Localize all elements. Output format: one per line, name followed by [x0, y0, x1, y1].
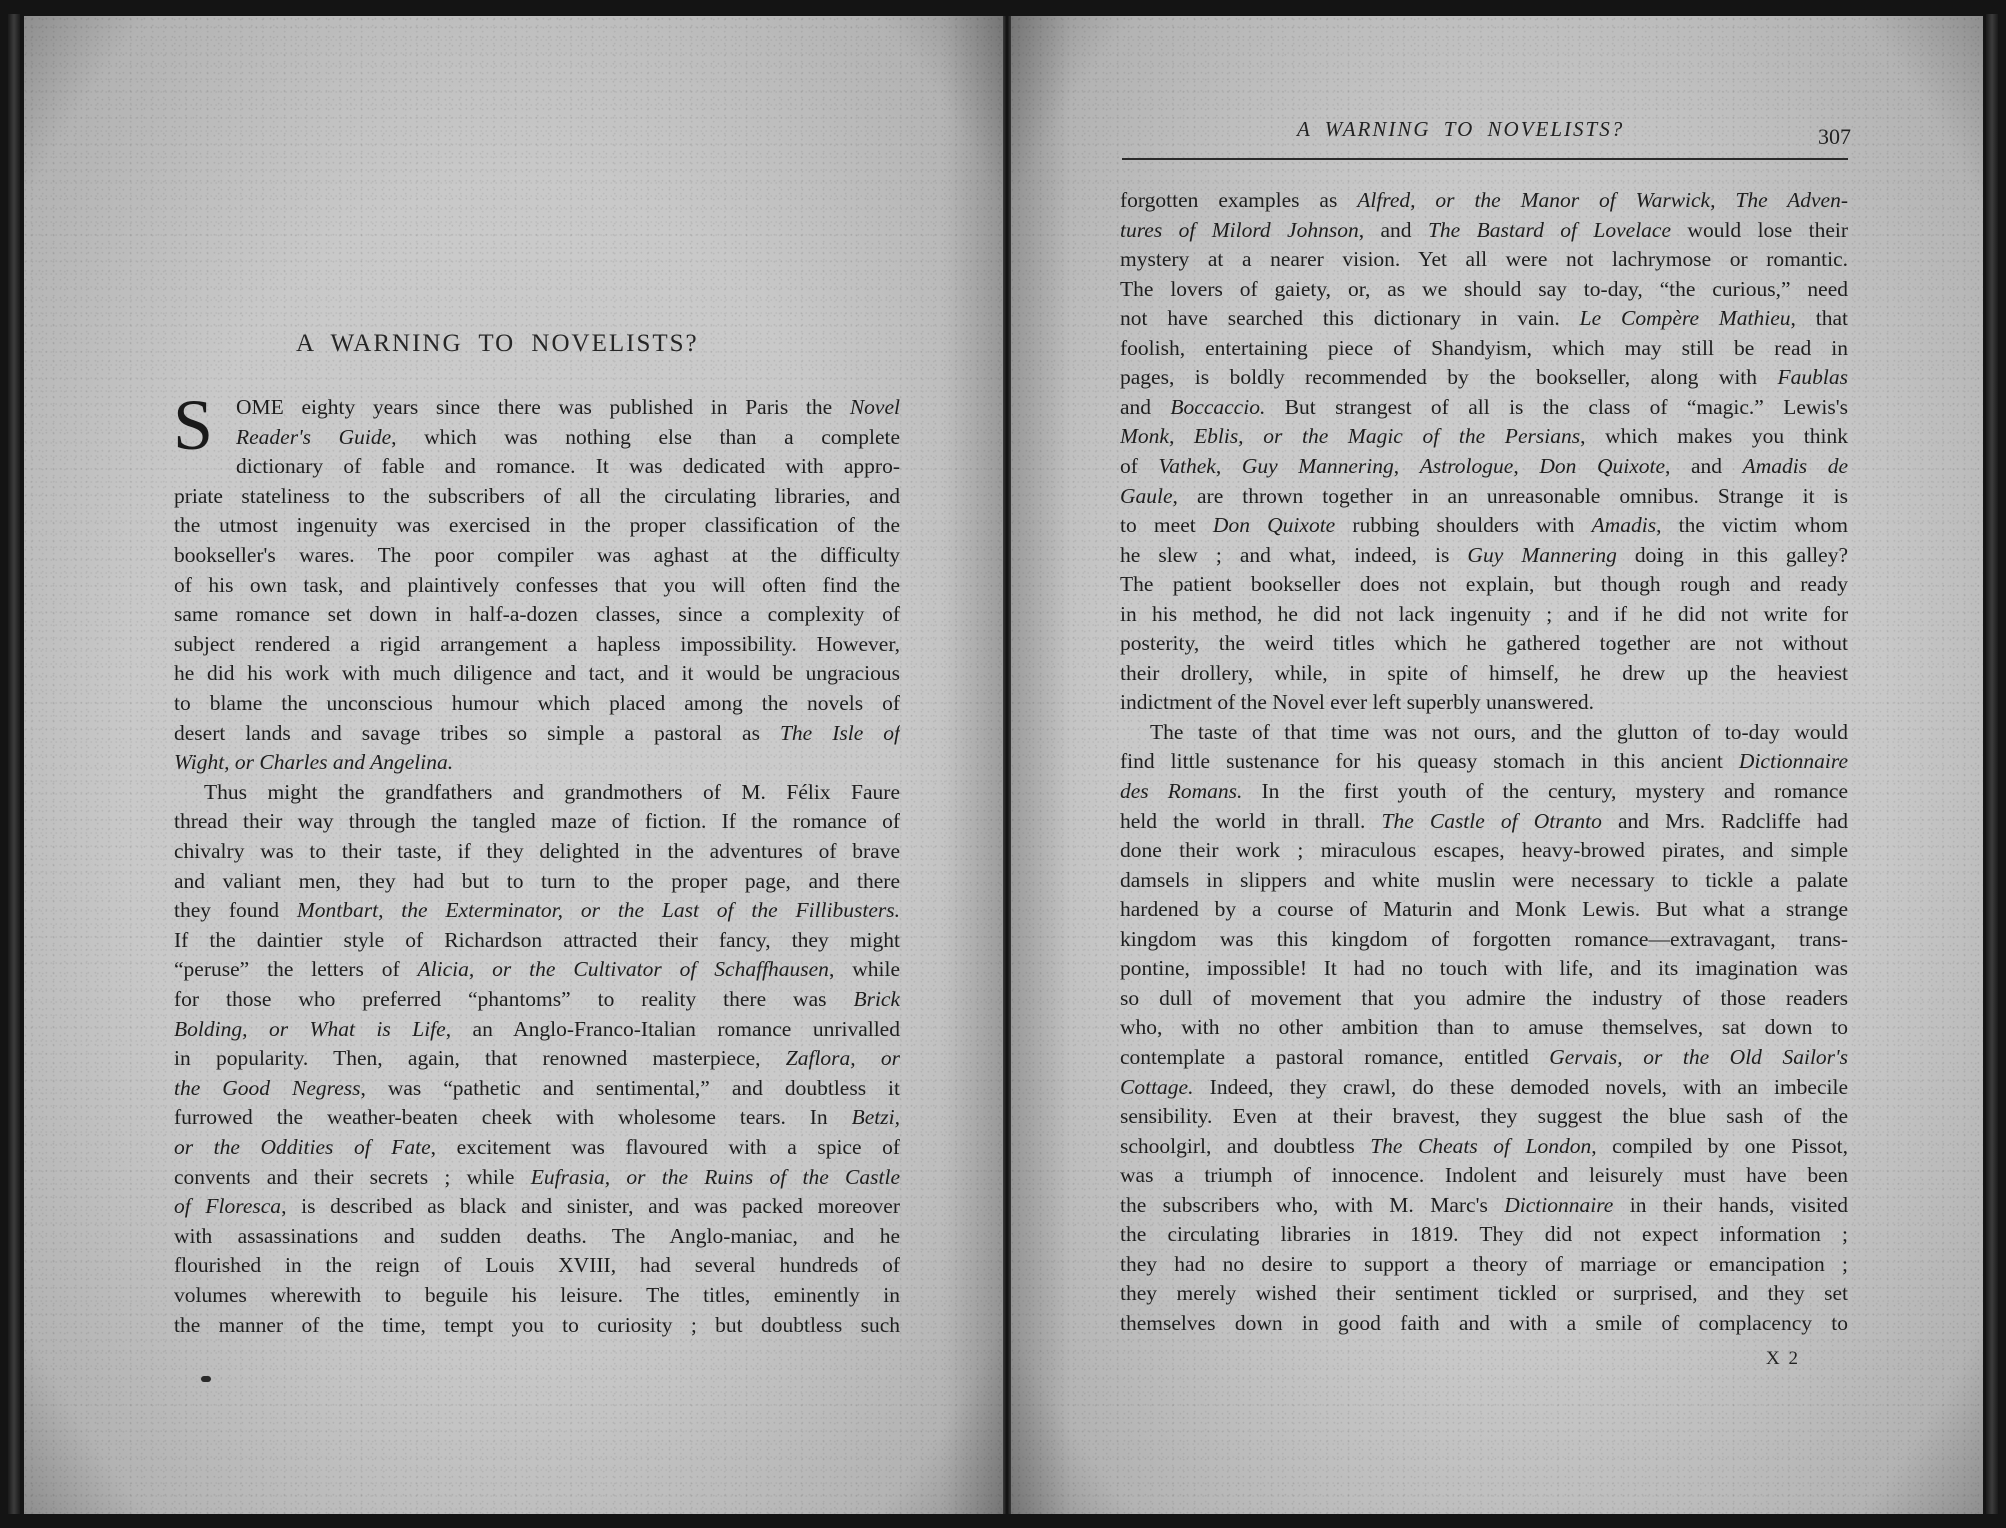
text-run: indictment of the Novel ever left superb… [1120, 690, 1594, 714]
text-line: they had no desire to support a theory o… [1120, 1250, 1848, 1280]
italic-title: Amadis [1592, 513, 1657, 537]
text-run: their drollery, while, in spite of himse… [1120, 661, 1848, 685]
text-run: was a triumph of innocence. Indolent and… [1120, 1163, 1848, 1187]
text-run: held the world in thrall. [1120, 809, 1381, 833]
text-line: to meet Don Quixote rubbing shoulders wi… [1120, 511, 1848, 541]
left-frame-edge [8, 14, 20, 1514]
text-line: thread their way through the tangled maz… [174, 807, 900, 837]
text-run: and Mrs. Radcliffe had [1602, 809, 1848, 833]
text-line: flourished in the reign of Louis XVIII, … [174, 1251, 900, 1281]
text-run: But strangest of all is the class of “ma… [1265, 395, 1848, 419]
text-line: for those who preferred “phantoms” to re… [174, 985, 900, 1015]
text-line: The lovers of gaiety, or, as we should s… [1120, 275, 1848, 305]
text-line: done their work ; miraculous escapes, he… [1120, 836, 1848, 866]
text-run: the utmost ingenuity was exercised in th… [174, 513, 900, 537]
text-run: in his method, he did not lack ingenuity… [1120, 602, 1848, 626]
text-line: in popularity. Then, again, that renowne… [174, 1044, 900, 1074]
text-run: schoolgirl, and doubtless [1120, 1134, 1370, 1158]
text-line: “peruse” the letters of Alicia, or the C… [174, 955, 900, 985]
italic-title: tures of Milord Johnson [1120, 218, 1359, 242]
italic-title: of Floresca [174, 1194, 281, 1218]
running-head: A WARNING TO NOVELISTS? [1297, 117, 1624, 142]
text-line: and valiant men, they had but to turn to… [174, 867, 900, 897]
text-run: desert lands and savage tribes so simple… [174, 721, 780, 745]
italic-title: or the Oddities of Fate [174, 1135, 431, 1159]
text-line: with assassinations and sudden deaths. T… [174, 1222, 900, 1252]
text-line: furrowed the weather-beaten cheek with w… [174, 1103, 900, 1133]
text-run: damsels in slippers and white muslin wer… [1120, 868, 1848, 892]
text-run: forgotten examples as [1120, 188, 1357, 212]
chapter-title: A WARNING TO NOVELISTS? [296, 330, 699, 358]
text-run: priate stateliness to the subscribers of… [174, 484, 900, 508]
text-run: , that [1791, 306, 1848, 330]
italic-title: Dictionnaire [1739, 749, 1848, 773]
text-line: in his method, he did not lack ingenuity… [1120, 600, 1848, 630]
text-line: posterity, the weird titles which he gat… [1120, 629, 1848, 659]
italic-title: Vathek [1159, 454, 1216, 478]
italic-title: Guy Mannering [1467, 543, 1616, 567]
book-gutter [1003, 16, 1011, 1514]
text-run: In the first youth of the century, myste… [1242, 779, 1848, 803]
italic-title: The Cheats of London [1370, 1134, 1591, 1158]
text-line: to blame the unconscious humour which pl… [174, 689, 900, 719]
text-run: Thus might the grandfathers and grandmot… [204, 780, 900, 804]
text-run: who, with no other ambition than to amus… [1120, 1015, 1848, 1039]
text-run: The lovers of gaiety, or, as we should s… [1120, 277, 1848, 301]
text-line: foolish, entertaining piece of Shandyism… [1120, 334, 1848, 364]
italic-title: Wight, or Charles and Angelina. [174, 750, 453, 774]
text-run: to meet [1120, 513, 1213, 537]
italic-title: Boccaccio. [1170, 395, 1265, 419]
text-run: , which makes you think [1580, 424, 1848, 448]
text-run: , was “pathetic and sentimental,” and do… [360, 1076, 900, 1100]
text-line: of his own task, and plaintively confess… [174, 571, 900, 601]
text-run: and [1120, 395, 1170, 419]
header-rule [1122, 158, 1848, 160]
text-run: themselves down in good faith and with a… [1120, 1311, 1848, 1335]
text-run: would lose their [1671, 218, 1848, 242]
italic-title: Alfred, or the Manor of Warwick, The Adv… [1357, 188, 1848, 212]
italic-title: Astrologue [1420, 454, 1514, 478]
italic-title: Eufrasia, or the Ruins of the Castle [531, 1165, 900, 1189]
text-line: he slew ; and what, indeed, is Guy Manne… [1120, 541, 1848, 571]
text-run: Indeed, they crawl, do these demoded nov… [1193, 1075, 1848, 1099]
text-line: Monk, Eblis, or the Magic of the Persian… [1120, 422, 1848, 452]
text-line: he did his work with much diligence and … [174, 659, 900, 689]
text-run: he did his work with much diligence and … [174, 661, 900, 685]
text-run: to blame the unconscious humour which pl… [174, 691, 900, 715]
text-run: so dull of movement that you admire the … [1120, 986, 1848, 1010]
ink-speck [201, 1376, 211, 1382]
text-line: or the Oddities of Fate, excitement was … [174, 1133, 900, 1163]
text-run: kingdom was this kingdom of forgotten ro… [1120, 927, 1848, 951]
italic-title: Le Compère Mathieu [1580, 306, 1791, 330]
text-line: the utmost ingenuity was exercised in th… [174, 511, 900, 541]
text-run: he slew ; and what, indeed, is [1120, 543, 1467, 567]
text-run: sensibility. Even at their bravest, they… [1120, 1104, 1848, 1128]
text-run: OME eighty years since there was publish… [236, 395, 850, 419]
text-run: posterity, the weird titles which he gat… [1120, 631, 1848, 655]
text-line: was a triumph of innocence. Indolent and… [1120, 1161, 1848, 1191]
right-frame-edge [1986, 14, 1998, 1514]
text-line: find little sustenance for his queasy st… [1120, 747, 1848, 777]
italic-title: Novel [850, 395, 900, 419]
text-line: The taste of that time was not ours, and… [1150, 718, 1848, 748]
text-run: not have searched this dictionary in vai… [1120, 306, 1580, 330]
text-run: for those who preferred “phantoms” to re… [174, 987, 853, 1011]
italic-title: Betzi, [852, 1105, 900, 1129]
text-run: they merely wished their sentiment tickl… [1120, 1281, 1848, 1305]
text-run: pontine, impossible! It had no touch wit… [1120, 956, 1848, 980]
italic-title: Dictionnaire [1504, 1193, 1613, 1217]
text-run: , excitement was flavoured with a spice … [431, 1135, 900, 1159]
text-run: , [1513, 454, 1539, 478]
text-run: convents and their secrets ; while [174, 1165, 531, 1189]
text-run: , while [829, 957, 900, 981]
text-line: kingdom was this kingdom of forgotten ro… [1120, 925, 1848, 955]
text-run: bookseller's wares. The poor compiler wa… [174, 543, 900, 567]
text-line: themselves down in good faith and with a… [1120, 1309, 1848, 1339]
text-run: , the victim whom [1656, 513, 1848, 537]
text-run: chivalry was to their taste, if they del… [174, 839, 900, 863]
italic-title: the Good Negress [174, 1076, 360, 1100]
text-line: their drollery, while, in spite of himse… [1120, 659, 1848, 689]
text-line: they merely wished their sentiment tickl… [1120, 1279, 1848, 1309]
text-line: who, with no other ambition than to amus… [1120, 1013, 1848, 1043]
text-line: Reader's Guide, which was nothing else t… [236, 423, 900, 453]
text-line: the circulating libraries in 1819. They … [1120, 1220, 1848, 1250]
text-run: in popularity. Then, again, that renowne… [174, 1046, 786, 1070]
text-line: pages, is boldly recommended by the book… [1120, 363, 1848, 393]
italic-title: Bolding, or What is Life [174, 1017, 446, 1041]
italic-title: Alicia, or the Cultivator of Schaffhause… [418, 957, 829, 981]
text-run: , and [1665, 454, 1743, 478]
text-run: volumes wherewith to beguile his leisure… [174, 1283, 900, 1307]
text-line: volumes wherewith to beguile his leisure… [174, 1281, 900, 1311]
text-line: des Romans. In the first youth of the ce… [1120, 777, 1848, 807]
text-line: the Good Negress, was “pathetic and sent… [174, 1074, 900, 1104]
text-run: subject rendered a rigid arrangement a h… [174, 632, 900, 656]
text-line: the manner of the time, tempt you to cur… [174, 1311, 900, 1341]
text-line: The patient bookseller does not explain,… [1120, 570, 1848, 600]
text-line: the subscribers who, with M. Marc's Dict… [1120, 1191, 1848, 1221]
text-line: of Vathek, Guy Mannering, Astrologue, Do… [1120, 452, 1848, 482]
drop-cap: S [173, 389, 213, 461]
text-run: , [1216, 454, 1242, 478]
text-run: of his own task, and plaintively confess… [174, 573, 900, 597]
text-run: and valiant men, they had but to turn to… [174, 869, 900, 893]
italic-title: Don Quixote [1539, 454, 1665, 478]
italic-title: Don Quixote [1213, 513, 1335, 537]
italic-title: Faublas [1778, 365, 1848, 389]
text-run: furrowed the weather-beaten cheek with w… [174, 1105, 852, 1129]
text-run: , an Anglo-Franco-Italian romance unriva… [446, 1017, 900, 1041]
text-run: same romance set down in half-a-dozen cl… [174, 602, 900, 626]
book-spread: A WARNING TO NOVELISTS? S OME eighty yea… [0, 0, 2006, 1528]
italic-title: Guy Mannering [1242, 454, 1394, 478]
italic-title: Amadis de [1743, 454, 1848, 478]
text-line: so dull of movement that you admire the … [1120, 984, 1848, 1014]
text-line: chivalry was to their taste, if they del… [174, 837, 900, 867]
italic-title: Monk, Eblis, or the Magic of the Persian… [1120, 424, 1580, 448]
text-run: they had no desire to support a theory o… [1120, 1252, 1848, 1276]
text-run: pages, is boldly recommended by the book… [1120, 365, 1778, 389]
text-line: of Floresca, is described as black and s… [174, 1192, 900, 1222]
text-line: schoolgirl, and doubtless The Cheats of … [1120, 1132, 1848, 1162]
text-run: , compiled by one Pissot, [1591, 1134, 1848, 1158]
text-line: not have searched this dictionary in vai… [1120, 304, 1848, 334]
text-line: bookseller's wares. The poor compiler wa… [174, 541, 900, 571]
text-run: , is described as black and sinister, an… [281, 1194, 900, 1218]
text-line: same romance set down in half-a-dozen cl… [174, 600, 900, 630]
text-line: hardened by a course of Maturin and Monk… [1120, 895, 1848, 925]
signature-mark: X 2 [1766, 1348, 1800, 1370]
italic-title: Zaflora, or [786, 1046, 900, 1070]
text-run: the manner of the time, tempt you to cur… [174, 1313, 900, 1337]
text-run: foolish, entertaining piece of Shandyism… [1120, 336, 1848, 360]
text-line: pontine, impossible! It had no touch wit… [1120, 954, 1848, 984]
italic-title: Gaule [1120, 484, 1173, 508]
italic-title: Gervais, or the Old Sailor's [1549, 1045, 1848, 1069]
text-line: convents and their secrets ; while Eufra… [174, 1163, 900, 1193]
text-line: desert lands and savage tribes so simple… [174, 719, 900, 749]
text-line: held the world in thrall. The Castle of … [1120, 807, 1848, 837]
text-line: sensibility. Even at their bravest, they… [1120, 1102, 1848, 1132]
text-line: subject rendered a rigid arrangement a h… [174, 630, 900, 660]
text-line: Thus might the grandfathers and grandmot… [204, 778, 900, 808]
text-line: they found Montbart, the Exterminator, o… [174, 896, 900, 926]
italic-title: The Castle of Otranto [1381, 809, 1601, 833]
text-run: thread their way through the tangled maz… [174, 809, 900, 833]
text-run: contemplate a pastoral romance, entitled [1120, 1045, 1549, 1069]
italic-title: The Bastard of Lovelace [1428, 218, 1671, 242]
text-run: mystery at a nearer vision. Yet all were… [1120, 247, 1848, 271]
text-run: hardened by a course of Maturin and Monk… [1120, 897, 1848, 921]
text-run: the subscribers who, with M. Marc's [1120, 1193, 1504, 1217]
text-run: , and [1359, 218, 1428, 242]
text-line: dictionary of fable and romance. It was … [236, 452, 900, 482]
text-line: OME eighty years since there was publish… [236, 393, 900, 423]
page-number: 307 [1818, 124, 1851, 150]
text-run: they found [174, 898, 297, 922]
text-run: dictionary of fable and romance. It was … [236, 454, 900, 478]
text-run: The patient bookseller does not explain,… [1120, 572, 1848, 596]
text-line: Gaule, are thrown together in an unreaso… [1120, 482, 1848, 512]
text-line: mystery at a nearer vision. Yet all were… [1120, 245, 1848, 275]
text-run: , which was nothing else than a complete [391, 425, 900, 449]
italic-title: des Romans. [1120, 779, 1242, 803]
text-run: , [1394, 454, 1420, 478]
text-line: If the daintier style of Richardson attr… [174, 926, 900, 956]
text-line: priate stateliness to the subscribers of… [174, 482, 900, 512]
italic-title: The Isle of [780, 721, 900, 745]
text-run: “peruse” the letters of [174, 957, 418, 981]
text-line: indictment of the Novel ever left superb… [1120, 688, 1848, 718]
italic-title: Reader's Guide [236, 425, 391, 449]
text-line: contemplate a pastoral romance, entitled… [1120, 1043, 1848, 1073]
text-run: of [1120, 454, 1159, 478]
text-run: flourished in the reign of Louis XVIII, … [174, 1253, 900, 1277]
text-line: damsels in slippers and white muslin wer… [1120, 866, 1848, 896]
text-run: If the daintier style of Richardson attr… [174, 928, 900, 952]
text-line: Wight, or Charles and Angelina. [174, 748, 900, 778]
text-line: and Boccaccio. But strangest of all is t… [1120, 393, 1848, 423]
text-line: Bolding, or What is Life, an Anglo-Franc… [174, 1015, 900, 1045]
text-run: in their hands, visited [1613, 1193, 1848, 1217]
italic-title: Cottage. [1120, 1075, 1193, 1099]
italic-title: Montbart, the Exterminator, or the Last … [297, 898, 900, 922]
text-run: the circulating libraries in 1819. They … [1120, 1222, 1848, 1246]
text-line: Cottage. Indeed, they crawl, do these de… [1120, 1073, 1848, 1103]
text-run: The taste of that time was not ours, and… [1150, 720, 1848, 744]
italic-title: Brick [853, 987, 900, 1011]
text-run: doing in this galley? [1617, 543, 1848, 567]
text-run: with assassinations and sudden deaths. T… [174, 1224, 900, 1248]
text-run: rubbing shoulders with [1335, 513, 1591, 537]
text-run: , are thrown together in an unreasonable… [1173, 484, 1848, 508]
text-run: done their work ; miraculous escapes, he… [1120, 838, 1848, 862]
text-line: tures of Milord Johnson, and The Bastard… [1120, 216, 1848, 246]
text-line: forgotten examples as Alfred, or the Man… [1120, 186, 1848, 216]
text-run: find little sustenance for his queasy st… [1120, 749, 1739, 773]
